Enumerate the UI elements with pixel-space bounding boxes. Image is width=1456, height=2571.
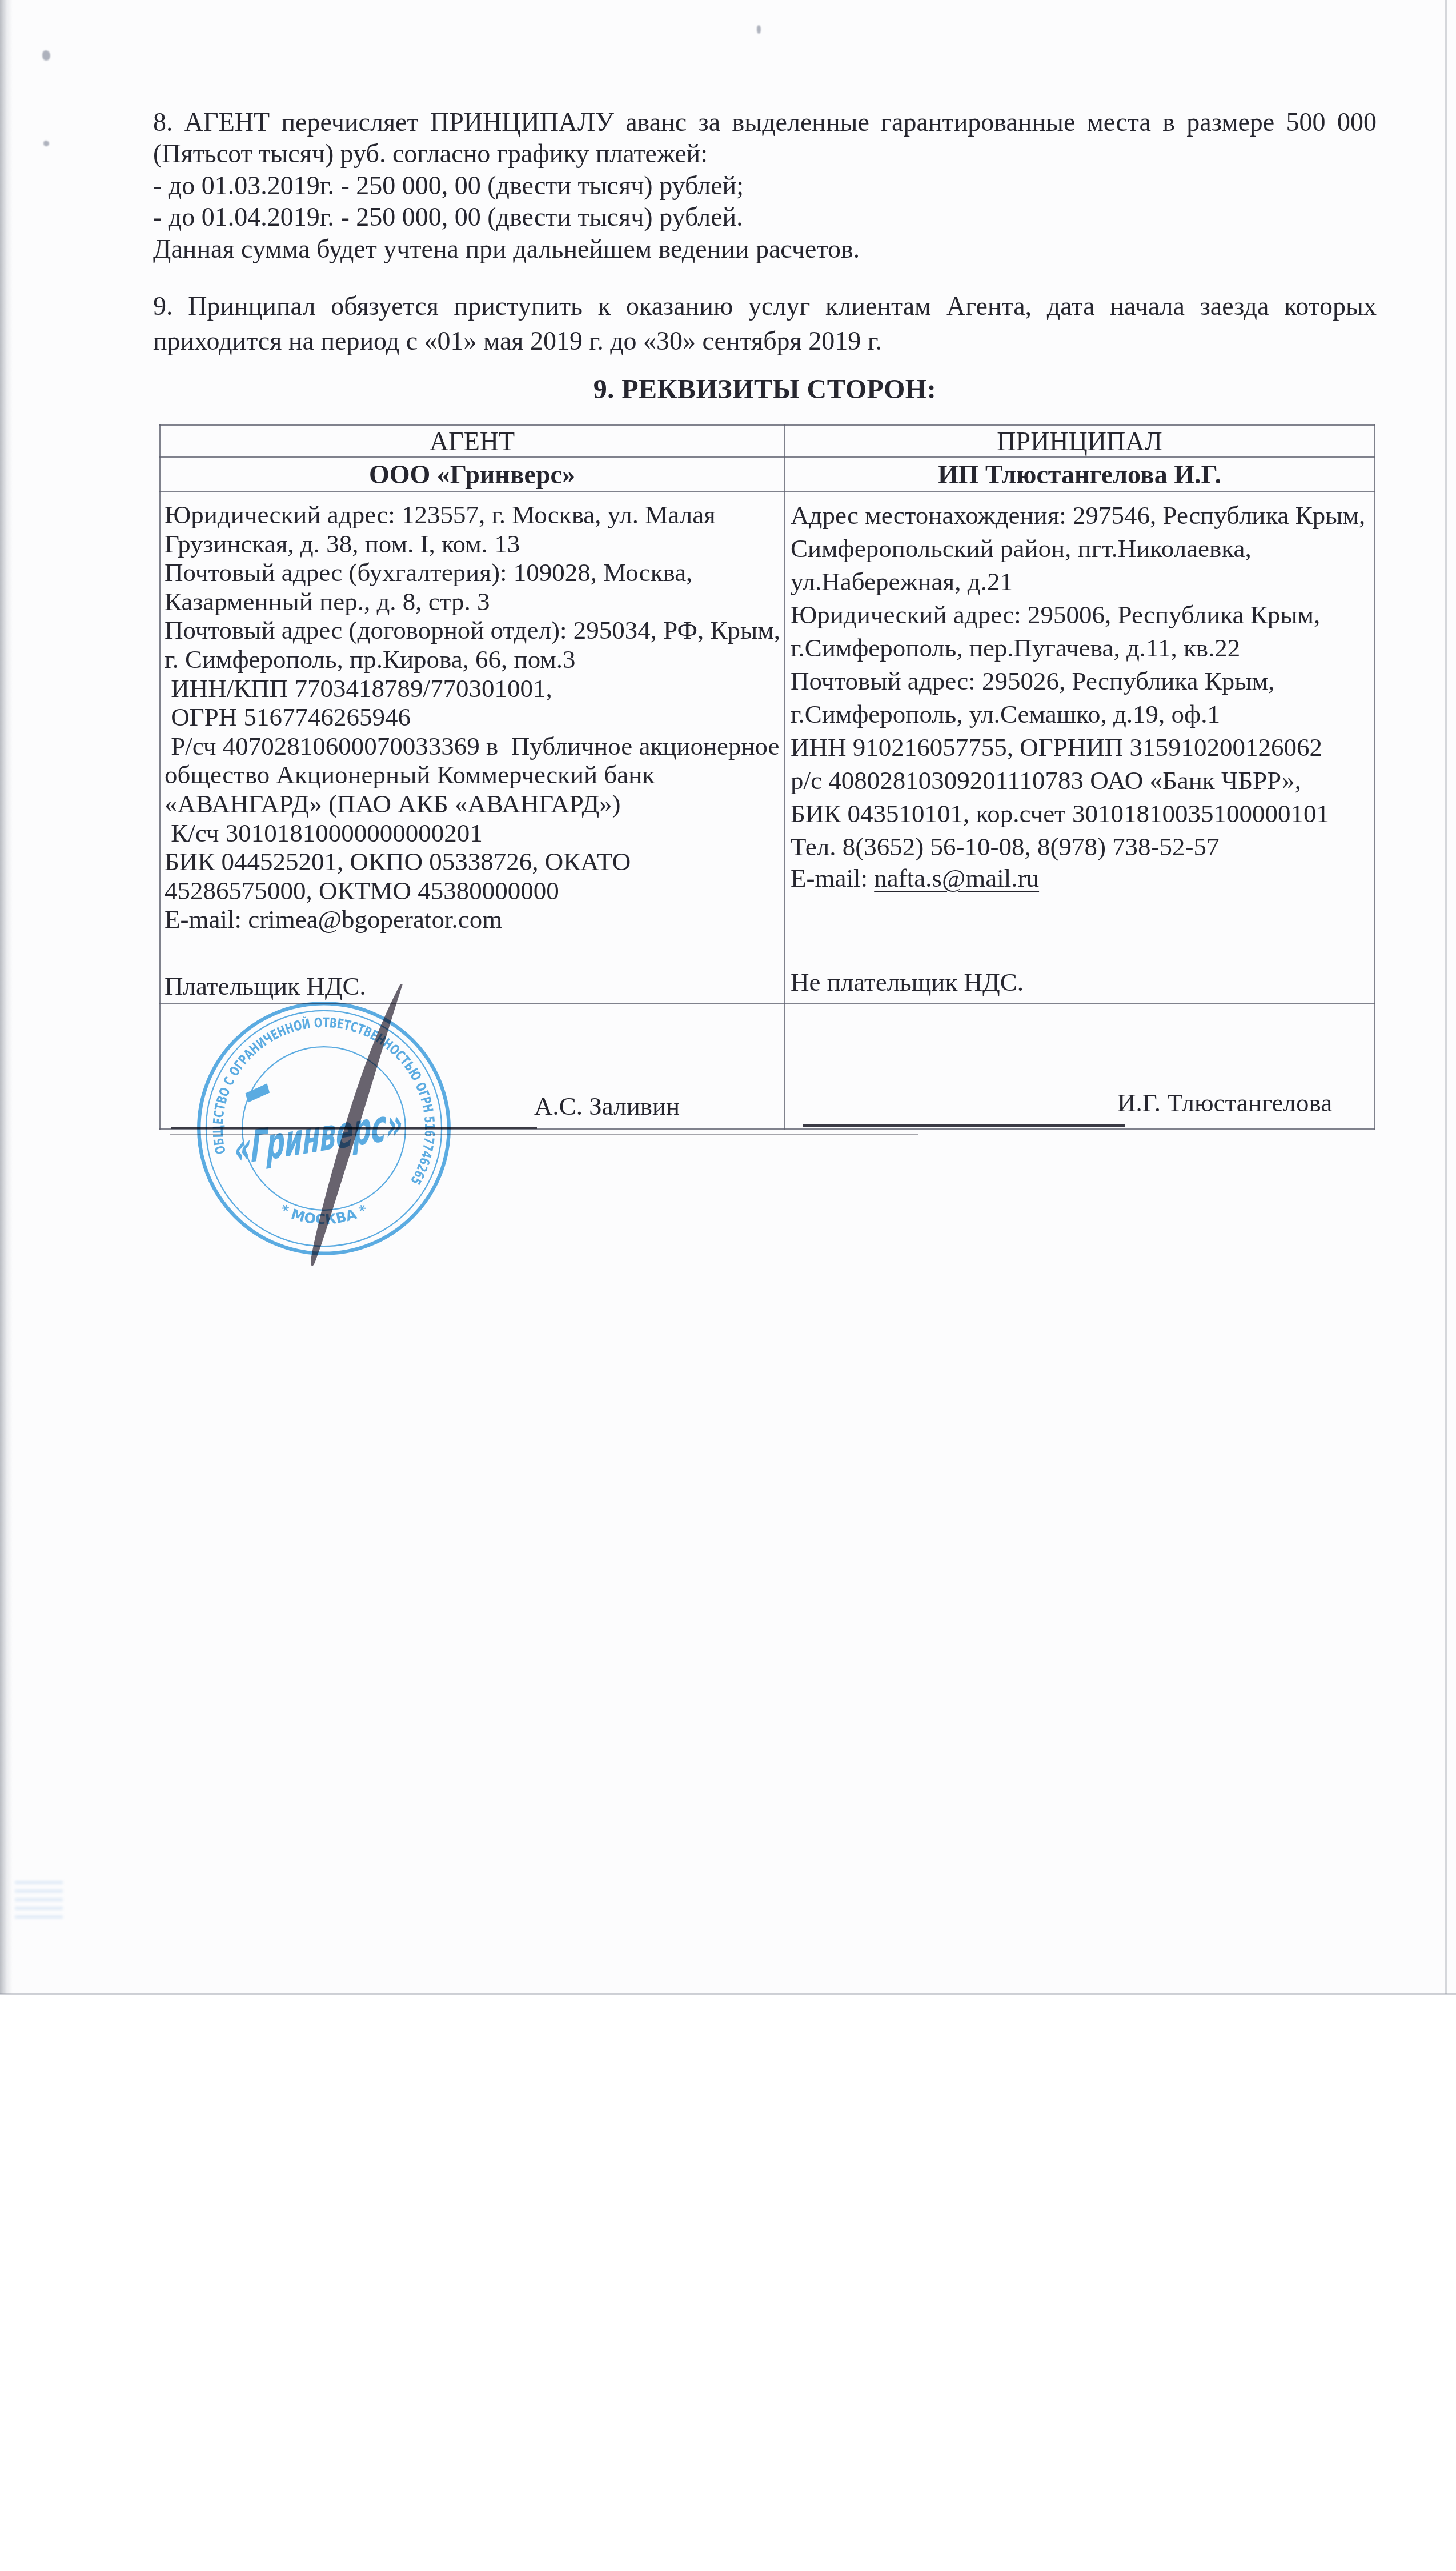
- paragraph-8-line: (Пятьсот тысяч) руб. согласно графику пл…: [153, 138, 1377, 169]
- table-row-line: [159, 491, 1375, 492]
- scan-speck: [43, 141, 49, 146]
- paragraph-8-line: Данная сумма будет учтена при дальнейшем…: [153, 233, 1377, 265]
- scanned-contract-page: 8. АГЕНТ перечисляет ПРИНЦИПАЛУ аванс за…: [0, 0, 1456, 2571]
- paragraph-9: 9. Принципал обязуется приступить к оказ…: [153, 289, 1377, 358]
- paragraph-8-line: - до 01.04.2019г. - 250 000, 00 (двести …: [153, 201, 1377, 233]
- scan-left-edge-shadow: [0, 0, 13, 1994]
- section-title: 9. РЕКВИЗИТЫ СТОРОН:: [153, 374, 1377, 405]
- table-border-left: [159, 424, 161, 1130]
- header-principal: ПРИНЦИПАЛ: [785, 426, 1374, 456]
- paragraph-8-line: - до 01.03.2019г. - 250 000, 00 (двести …: [153, 170, 1377, 201]
- scan-speck: [757, 25, 761, 34]
- header-agent: АГЕНТ: [161, 426, 784, 456]
- table-border-right: [1374, 424, 1375, 1130]
- agent-signatory-name: А.С. Заливин: [534, 1091, 680, 1121]
- stamp-flag-mark: [246, 1083, 270, 1102]
- principal-email-line: E-mail: nafta.s@mail.ru: [791, 863, 1039, 893]
- scan-page-bottom-edge: [0, 1993, 1456, 1995]
- pen-signature-stroke: [286, 966, 417, 1285]
- paragraph-9-line: 9. Принципал обязуется приступить к оказ…: [153, 289, 1377, 323]
- paragraph-8: 8. АГЕНТ перечисляет ПРИНЦИПАЛУ аванс за…: [153, 106, 1377, 265]
- paragraph-9-line: приходится на период с «01» мая 2019 г. …: [153, 323, 1377, 358]
- paragraph-8-line: 8. АГЕНТ перечисляет ПРИНЦИПАЛУ аванс за…: [153, 106, 1377, 138]
- principal-company-name: ИП Тлюстангелова И.Г.: [785, 458, 1374, 491]
- scan-speck: [42, 50, 50, 61]
- email-label: E-mail:: [791, 864, 874, 892]
- principal-email-link: nafta.s@mail.ru: [874, 864, 1039, 892]
- principal-details: Адрес местонахождения: 297546, Республик…: [791, 499, 1365, 863]
- pen-stroke-path: [311, 984, 403, 1266]
- principal-vat-status: Не плательщик НДС.: [791, 967, 1024, 997]
- agent-details: Юридический адрес: 123557, г. Москва, ул…: [165, 500, 780, 934]
- table-column-divider: [784, 424, 785, 1130]
- principal-signatory-name: И.Г. Тлюстангелова: [1117, 1088, 1332, 1118]
- principal-signature-line: [803, 1124, 1125, 1127]
- scan-blue-smudge: [15, 1881, 63, 1922]
- scan-right-edge-line: [1445, 0, 1447, 1994]
- agent-company-name: ООО «Гринверс»: [161, 458, 784, 491]
